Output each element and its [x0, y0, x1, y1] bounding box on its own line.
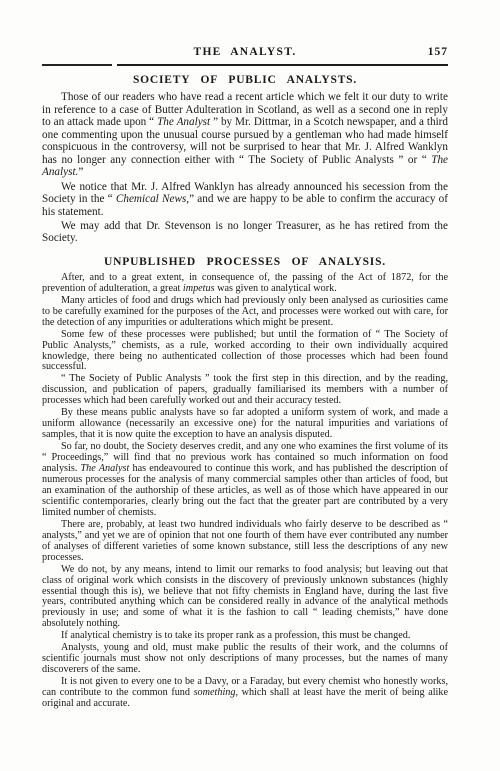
italic-text: something	[194, 687, 236, 698]
running-head: THE ANALYST. 157	[42, 46, 448, 60]
paragraph: We do not, by any means, intend to limit…	[42, 565, 448, 631]
articles: SOCIETY OF PUBLIC ANALYSTS.Those of our …	[42, 74, 448, 710]
italic-text: The Analyst	[81, 463, 130, 474]
scanned-journal-page: THE ANALYST. 157 SOCIETY OF PUBLIC ANALY…	[0, 0, 500, 771]
paragraph: “ The Society of Public Analysts ” took …	[42, 374, 448, 407]
article-title: UNPUBLISHED PROCESSES OF ANALYSIS.	[42, 257, 448, 268]
paragraph: So far, no doubt, the Society deserves c…	[42, 442, 448, 519]
italic-text: impetus	[183, 283, 215, 294]
header-rule-left-segment	[42, 64, 112, 66]
paragraph: We notice that Mr. J. Alfred Wanklyn has…	[42, 181, 448, 218]
paragraph: Analysts, young and old, must make publi…	[42, 643, 448, 676]
italic-text: The Analyst	[157, 116, 210, 128]
header-rule-right-segment	[117, 64, 448, 66]
paragraph: Many articles of food and drugs which ha…	[42, 296, 448, 329]
article-section: UNPUBLISHED PROCESSES OF ANALYSIS.After,…	[42, 257, 448, 710]
paragraph: If analytical chemistry is to take its p…	[42, 631, 448, 642]
journal-title: THE ANALYST.	[193, 46, 296, 58]
italic-text: Chemical News,	[116, 193, 189, 205]
header-rule	[42, 64, 448, 66]
article-title: SOCIETY OF PUBLIC ANALYSTS.	[42, 74, 448, 86]
article-section: SOCIETY OF PUBLIC ANALYSTS.Those of our …	[42, 74, 448, 245]
paragraph: It is not given to every one to be a Dav…	[42, 677, 448, 710]
italic-text: The Analyst.	[42, 154, 448, 178]
page-number: 157	[428, 46, 448, 58]
paragraph: We may add that Dr. Stevenson is no long…	[42, 220, 448, 245]
paragraph: There are, probably, at least two hundre…	[42, 520, 448, 564]
paragraph: Some few of these processes were publish…	[42, 330, 448, 374]
paragraph: By these means public analysts have so f…	[42, 408, 448, 441]
paragraph: Those of our readers who have read a rec…	[42, 91, 448, 178]
paragraph: After, and to a great extent, in consequ…	[42, 273, 448, 295]
